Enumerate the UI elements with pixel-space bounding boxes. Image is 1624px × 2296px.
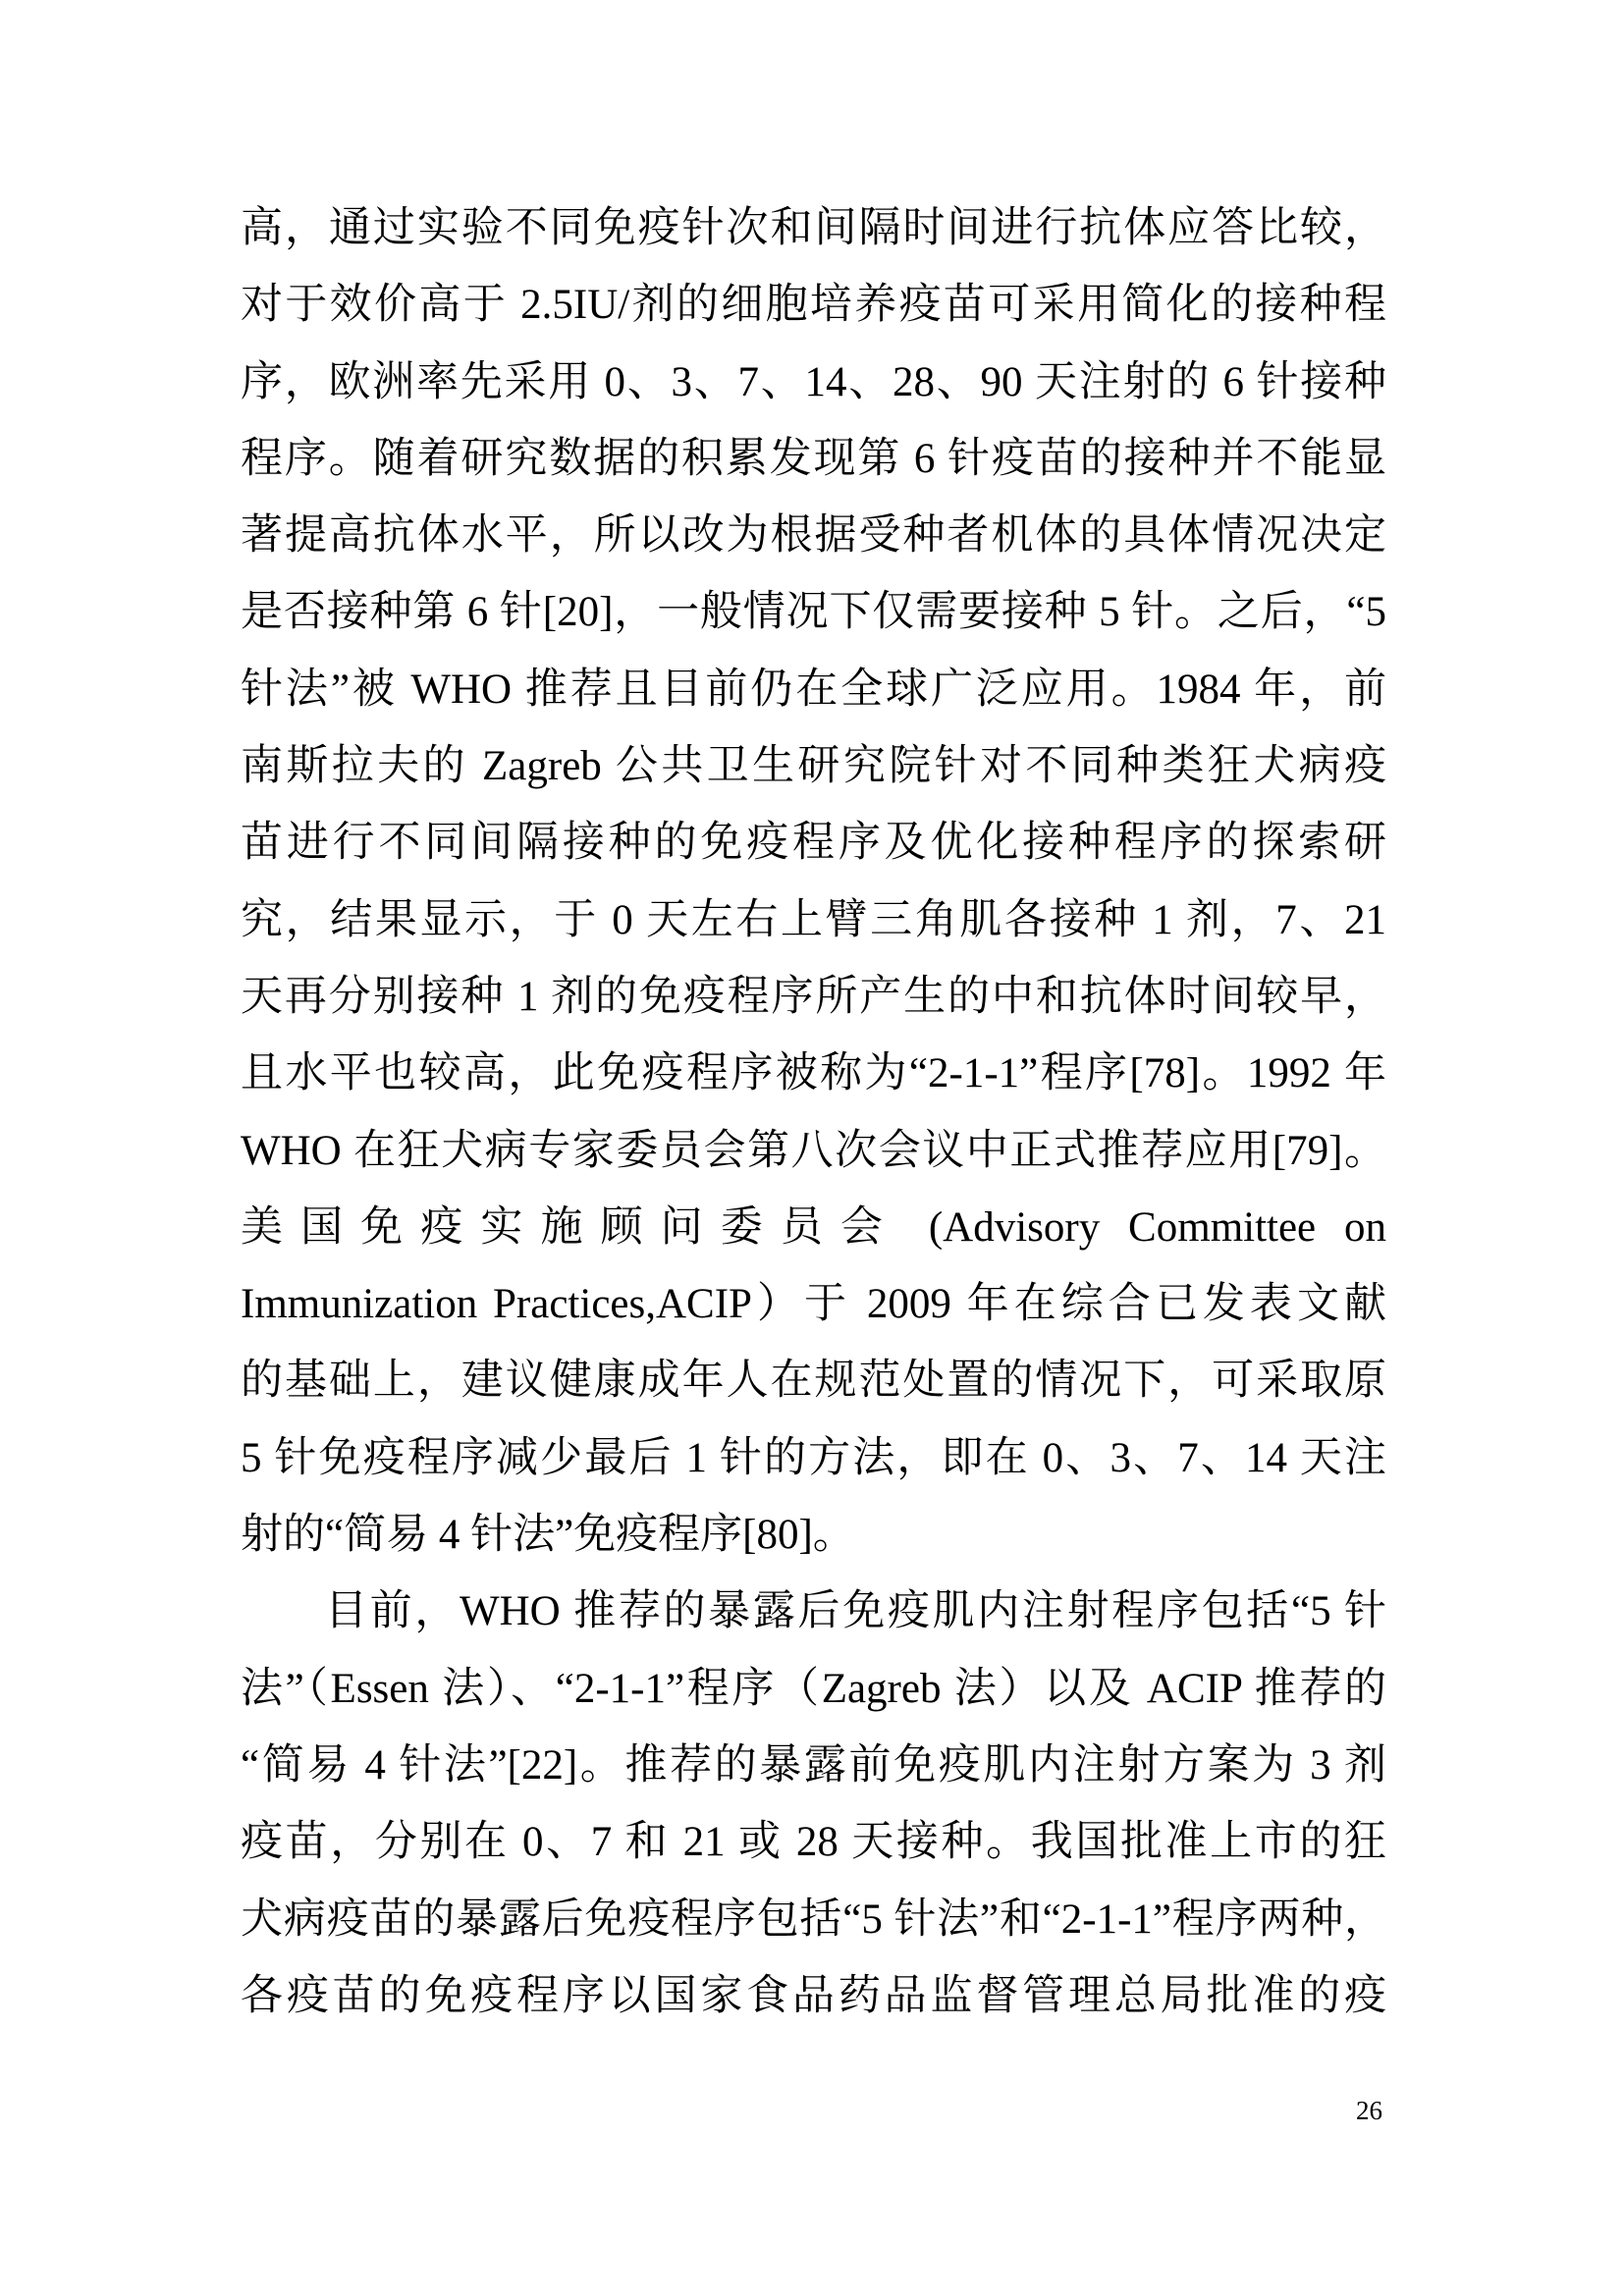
text-line: 著提高抗体水平，所以改为根据受种者机体的具体情况决定 bbox=[241, 498, 1386, 574]
text-line: 高，通过实验不同免疫针次和间隔时间进行抗体应答比较， bbox=[241, 190, 1386, 267]
text-line: 各疫苗的免疫程序以国家食品药品监督管理总局批准的疫 bbox=[241, 1958, 1386, 2035]
body-text: 高，通过实验不同免疫针次和间隔时间进行抗体应答比较， 对于效价高于 2.5IU/… bbox=[241, 190, 1386, 2035]
text-line: 且水平也较高，此免疫程序被称为“2-1-1”程序[78]。1992 年 bbox=[241, 1036, 1386, 1112]
text-line: “简易 4 针法”[22]。推荐的暴露前免疫肌内注射方案为 3 剂 bbox=[241, 1728, 1386, 1804]
text-line: 犬病疫苗的暴露后免疫程序包括“5 针法”和“2-1-1”程序两种， bbox=[241, 1882, 1386, 1958]
text-line: 法”（Essen 法）、“2-1-1”程序（Zagreb 法）以及 ACIP 推… bbox=[241, 1651, 1386, 1728]
text-line: Immunization Practices,ACIP）于 2009 年在综合已… bbox=[241, 1266, 1386, 1343]
text-line: 疫苗，分别在 0、7 和 21 或 28 天接种。我国批准上市的狂 bbox=[241, 1804, 1386, 1881]
text-line: 5 针免疫程序减少最后 1 针的方法，即在 0、3、7、14 天注 bbox=[241, 1420, 1386, 1497]
text-line: 程序。随着研究数据的积累发现第 6 针疫苗的接种并不能显 bbox=[241, 421, 1386, 498]
document-page: 高，通过实验不同免疫针次和间隔时间进行抗体应答比较， 对于效价高于 2.5IU/… bbox=[0, 0, 1624, 2296]
text-line: 美国免疫实施顾问委员会 (Advisory Committee on bbox=[241, 1190, 1386, 1266]
text-line: 序，欧洲率先采用 0、3、7、14、28、90 天注射的 6 针接种 bbox=[241, 345, 1386, 421]
text-line: 针法”被 WHO 推荐且目前仍在全球广泛应用。1984 年，前 bbox=[241, 652, 1386, 728]
text-line: 究，结果显示，于 0 天左右上臂三角肌各接种 1 剂，7、21 bbox=[241, 882, 1386, 959]
text-line: 苗进行不同间隔接种的免疫程序及优化接种程序的探索研 bbox=[241, 805, 1386, 881]
text-line: 天再分别接种 1 剂的免疫程序所产生的中和抗体时间较早， bbox=[241, 959, 1386, 1036]
text-line: 的基础上，建议健康成年人在规范处置的情况下，可采取原 bbox=[241, 1343, 1386, 1419]
text-line: 南斯拉夫的 Zagreb 公共卫生研究院针对不同种类狂犬病疫 bbox=[241, 728, 1386, 805]
text-line: 对于效价高于 2.5IU/剂的细胞培养疫苗可采用简化的接种程 bbox=[241, 267, 1386, 344]
text-line-paragraph-end: 射的“简易 4 针法”免疫程序[80]。 bbox=[241, 1497, 1386, 1574]
text-line: WHO 在狂犬病专家委员会第八次会议中正式推荐应用[79]。 bbox=[241, 1113, 1386, 1190]
text-line-paragraph-start: 目前，WHO 推荐的暴露后免疫肌内注射程序包括“5 针 bbox=[241, 1574, 1386, 1650]
text-line: 是否接种第 6 针[20]，一般情况下仅需要接种 5 针。之后，“5 bbox=[241, 574, 1386, 651]
page-number: 26 bbox=[1356, 2097, 1382, 2126]
